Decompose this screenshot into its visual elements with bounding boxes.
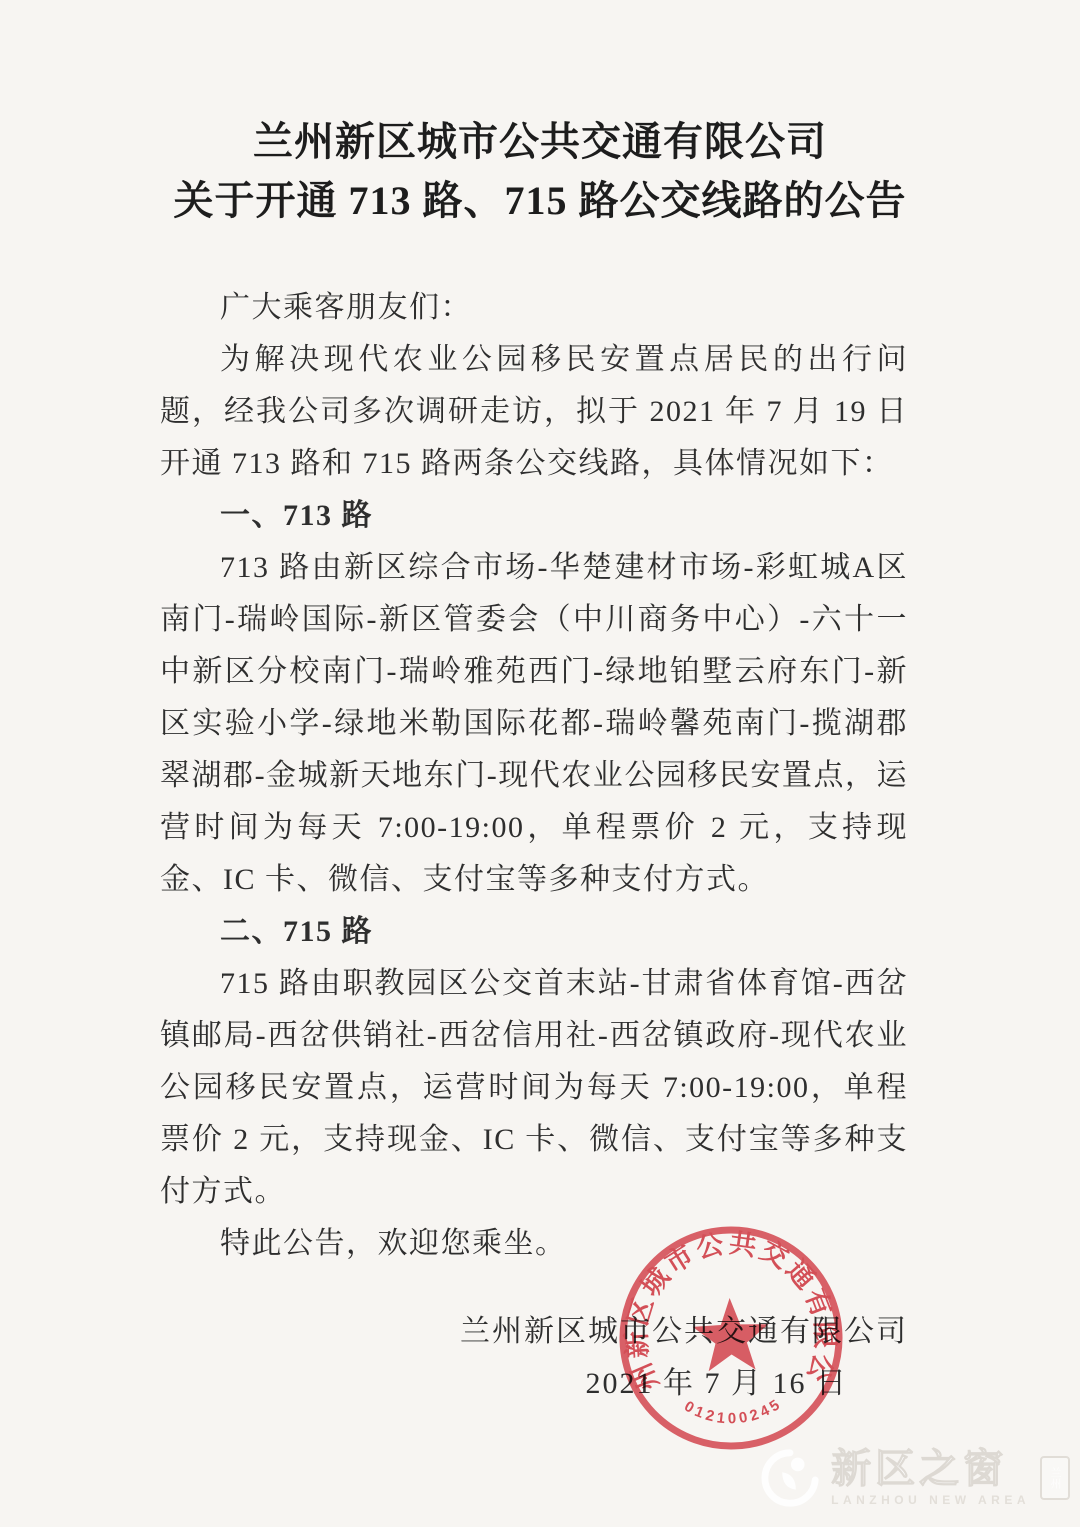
section-713-paragraph: 713 路由新区综合市场-华楚建材市场-彩虹城A区南门-瑞岭国际-新区管委会（中… <box>160 542 908 906</box>
signature-block: 兰州新区城市公共交通有限公司 2021 年 7 月 16 日 <box>0 1306 1080 1410</box>
document-body: 广大乘客朋友们： 为解决现代农业公园移民安置点居民的出行问题，经我公司多次调研走… <box>160 282 908 1270</box>
watermark-text: 新区之窗 LANZHOU NEW AREA <box>831 1448 1030 1508</box>
section-715-paragraph: 715 路由职教园区公交首末站-甘肃省体育馆-西岔镇邮局-西岔供销社-西岔信用社… <box>160 958 908 1218</box>
official-seal-stamp: 兰州新区城市公共交通有限公司 6201210024533 <box>611 1218 851 1458</box>
document-title: 兰州新区城市公共交通有限公司 关于开通 713 路、715 路公交线路的公告 <box>120 112 960 230</box>
watermark-en-name: LANZHOU NEW AREA <box>831 1492 1030 1508</box>
stamp-ring-text: 兰州新区城市公共交通有限公司 <box>611 1218 842 1396</box>
salutation: 广大乘客朋友们： <box>160 282 908 334</box>
section-713-heading: 一、713 路 <box>160 490 908 542</box>
intro-paragraph: 为解决现代农业公园移民安置点居民的出行问题，经我公司多次调研走访，拟于 2021… <box>160 334 908 490</box>
section-715-heading: 二、715 路 <box>160 906 908 958</box>
watermark-cn-name: 新区之窗 <box>831 1448 1030 1490</box>
svg-text:兰州新区城市公共交通有限公司: 兰州新区城市公共交通有限公司 <box>611 1218 842 1396</box>
stamp-star-icon <box>692 1297 770 1372</box>
watermark-logo-icon <box>759 1447 821 1509</box>
signature-company: 兰州新区城市公共交通有限公司 <box>0 1306 1080 1358</box>
title-line-2: 关于开通 713 路、715 路公交线路的公告 <box>120 171 960 230</box>
watermark-badge: 兰州 <box>1040 1456 1070 1500</box>
signature-date: 2021 年 7 月 16 日 <box>0 1358 1080 1410</box>
title-line-1: 兰州新区城市公共交通有限公司 <box>120 112 960 171</box>
site-watermark: 新区之窗 LANZHOU NEW AREA 兰州 <box>759 1447 1070 1509</box>
notice-document: 兰州新区城市公共交通有限公司 关于开通 713 路、715 路公交线路的公告 广… <box>0 0 1080 1527</box>
